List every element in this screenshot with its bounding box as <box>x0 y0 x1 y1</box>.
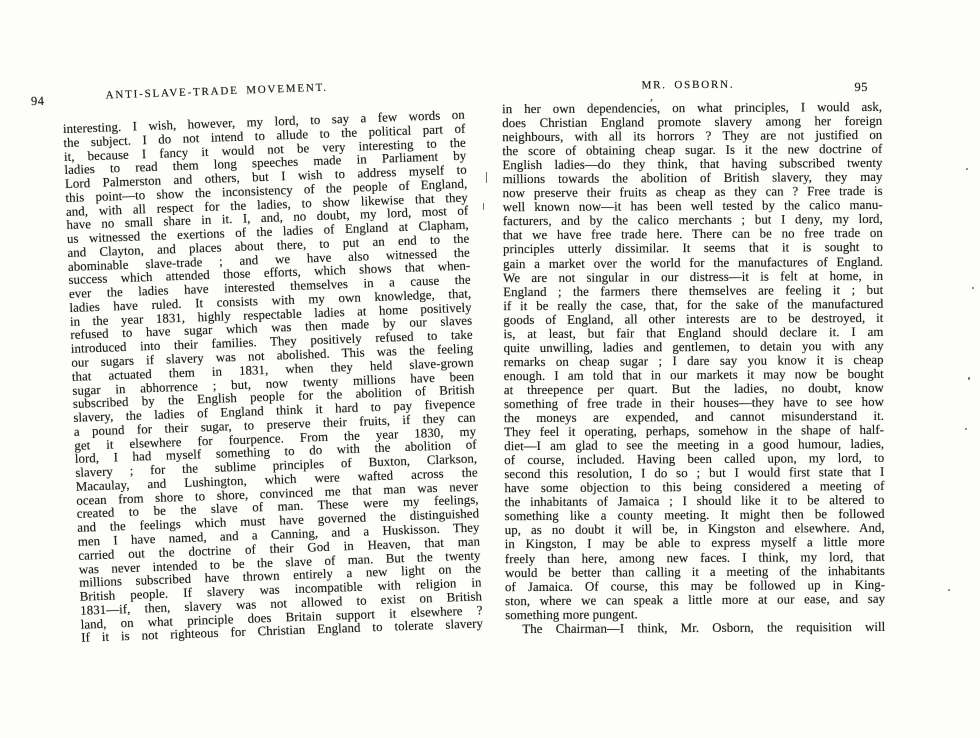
running-header-title-left: ANTI-SLAVE-TRADE MOVEMENT. <box>105 82 328 102</box>
scan-artifact <box>486 172 487 183</box>
scan-artifact: , <box>650 91 655 103</box>
page-number-right: 95 <box>854 80 868 95</box>
text-line: ston, where we can speak a little more a… <box>505 591 885 607</box>
page-body-right: in her own dependencies, on what princip… <box>502 100 885 636</box>
scan-artifact <box>966 168 968 170</box>
running-header-right: MR. OSBORN. , 95 <box>502 78 882 95</box>
book-page-right: MR. OSBORN. , 95 in her own dependencies… <box>502 78 885 636</box>
page-body-left: interesting. I wish, however, my lord, t… <box>63 109 483 646</box>
page-number-left: 94 <box>31 94 45 109</box>
running-header-title-right: MR. OSBORN. <box>642 79 735 92</box>
text-line: The Chairman—I think, Mr. Osborn, the re… <box>505 620 885 636</box>
running-header-left: 94 ANTI-SLAVE-TRADE MOVEMENT. <box>62 77 464 106</box>
scanned-book-spread: { "document": { "left_page": { "page_num… <box>0 0 980 738</box>
scan-artifact <box>965 428 967 430</box>
book-page-left: 94 ANTI-SLAVE-TRADE MOVEMENT. interestin… <box>62 77 484 646</box>
scan-artifact <box>972 287 974 289</box>
scan-artifact <box>483 203 484 210</box>
scan-artifact <box>968 377 970 380</box>
scan-artifact <box>948 589 950 591</box>
